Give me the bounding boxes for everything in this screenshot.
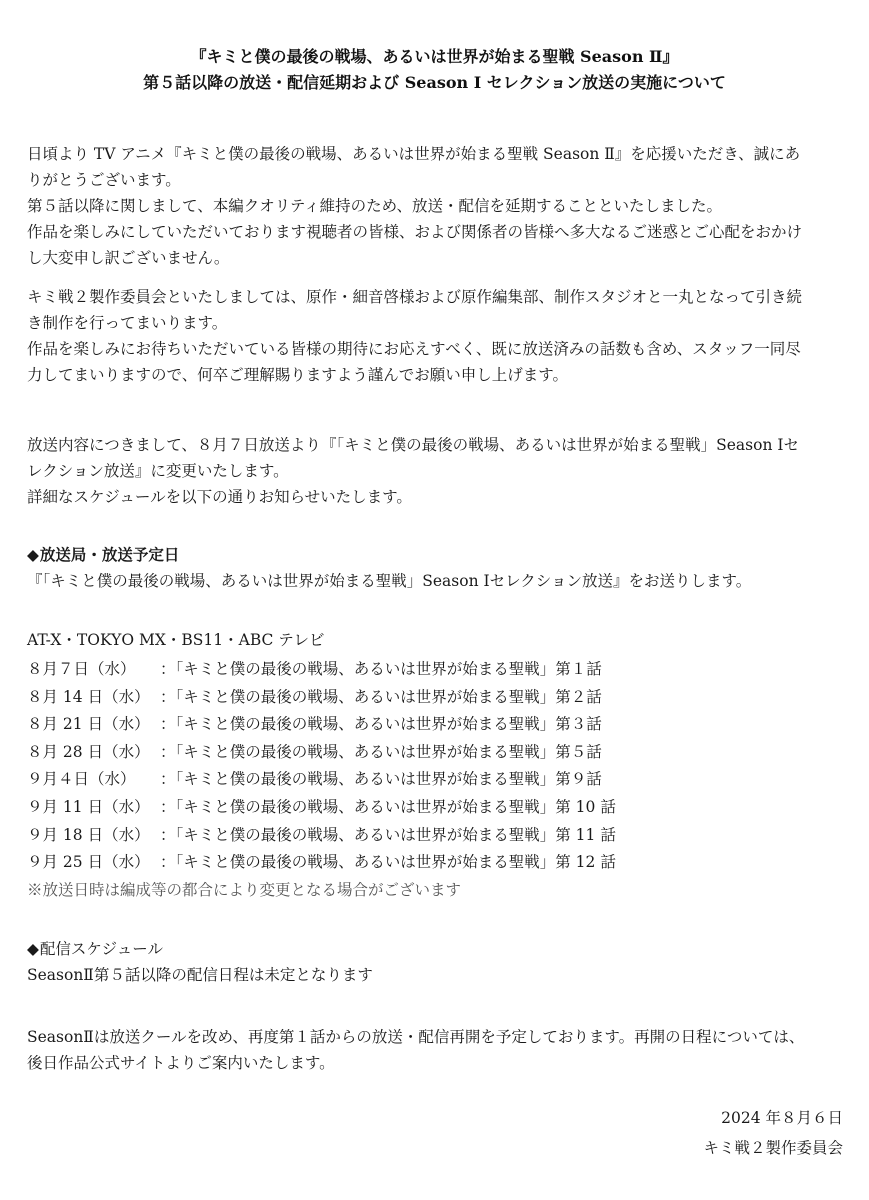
paragraph-line: 第５話以降に関しまして、本編クオリティ維持のため、放送・配信を延期することといた…	[27, 193, 842, 219]
schedule-program: ：「キミと僕の最後の戦場、あるいは世界が始まる聖戦」第 12 話	[160, 849, 842, 877]
schedule-row: ８月 14 日（水） ：「キミと僕の最後の戦場、あるいは世界が始まる聖戦」第２話	[27, 684, 842, 712]
paragraph-line: 力してまいりますので、何卒ご理解賜りますよう謹んでお願い申し上げます。	[27, 362, 842, 388]
paragraph-line: 日頃より TV アニメ『キミと僕の最後の戦場、あるいは世界が始まる聖戦 Seas…	[27, 141, 842, 167]
diamond-bullet-icon: ◆	[27, 542, 39, 568]
schedule-date: ９月４日（水）	[27, 766, 160, 794]
schedule-date: ８月 14 日（水）	[27, 684, 160, 712]
schedule-row: ８月７日（水） ：「キミと僕の最後の戦場、あるいは世界が始まる聖戦」第１話	[27, 656, 842, 684]
broadcast-schedule-list: ８月７日（水） ：「キミと僕の最後の戦場、あるいは世界が始まる聖戦」第１話 ８月…	[27, 656, 842, 904]
schedule-program: ：「キミと僕の最後の戦場、あるいは世界が始まる聖戦」第 10 話	[160, 794, 842, 822]
schedule-program: ：「キミと僕の最後の戦場、あるいは世界が始まる聖戦」第２話	[160, 684, 842, 712]
station-list: AT-X・TOKYO MX・BS11・ABC テレビ	[27, 627, 842, 653]
issue-date: 2024 年８月６日	[703, 1103, 843, 1133]
schedule-date: ９月 11 日（水）	[27, 794, 160, 822]
paragraph-line: し大変申し訳ございません。	[27, 245, 842, 271]
schedule-row: ８月 21 日（水） ：「キミと僕の最後の戦場、あるいは世界が始まる聖戦」第３話	[27, 711, 842, 739]
heading-text: 放送局・放送予定日	[40, 545, 180, 564]
paragraph-line: 詳細なスケジュールを以下の通りお知らせいたします。	[27, 484, 842, 510]
schedule-row: ９月 11 日（水） ：「キミと僕の最後の戦場、あるいは世界が始まる聖戦」第 1…	[27, 794, 842, 822]
streaming-section-heading: ◆配信スケジュール	[27, 936, 842, 962]
title-line-1: 『キミと僕の最後の戦場、あるいは世界が始まる聖戦 Season Ⅱ』	[27, 44, 842, 70]
broadcast-section-intro: 『「キミと僕の最後の戦場、あるいは世界が始まる聖戦」Season Ⅰセレクション…	[27, 568, 842, 594]
paragraph-line: 放送内容につきまして、８月７日放送より『「キミと僕の最後の戦場、あるいは世界が始…	[27, 432, 842, 458]
paragraph-line: 作品を楽しみにしていただいております視聴者の皆様、および関係者の皆様へ多大なるご…	[27, 219, 842, 245]
broadcast-section-heading: ◆放送局・放送予定日	[27, 542, 842, 568]
schedule-row: ９月 25 日（水） ：「キミと僕の最後の戦場、あるいは世界が始まる聖戦」第 1…	[27, 849, 842, 877]
paragraph-line: レクション放送』に変更いたします。	[27, 458, 842, 484]
schedule-date: ９月 18 日（水）	[27, 822, 160, 850]
streaming-status: SeasonⅡ第５話以降の配信日程は未定となります	[27, 962, 842, 988]
paragraph-line: 作品を楽しみにお待ちいただいている皆様の期待にお応えすべく、既に放送済みの話数も…	[27, 336, 842, 362]
schedule-note: ※放送日時は編成等の都合により変更となる場合がございます	[27, 877, 842, 904]
schedule-row: ８月 28 日（水） ：「キミと僕の最後の戦場、あるいは世界が始まる聖戦」第５話	[27, 739, 842, 767]
schedule-program: ：「キミと僕の最後の戦場、あるいは世界が始まる聖戦」第３話	[160, 711, 842, 739]
schedule-date: ８月 21 日（水）	[27, 711, 160, 739]
paragraph-line: キミ戦２製作委員会といたしましては、原作・細音啓様および原作編集部、制作スタジオ…	[27, 284, 842, 310]
intro-paragraph: 日頃より TV アニメ『キミと僕の最後の戦場、あるいは世界が始まる聖戦 Seas…	[27, 141, 842, 271]
streaming-section: ◆配信スケジュール SeasonⅡ第５話以降の配信日程は未定となります	[27, 936, 842, 988]
schedule-date: ８月 28 日（水）	[27, 739, 160, 767]
document-title: 『キミと僕の最後の戦場、あるいは世界が始まる聖戦 Season Ⅱ』 第５話以降…	[27, 44, 842, 96]
schedule-program: ：「キミと僕の最後の戦場、あるいは世界が始まる聖戦」第１話	[160, 656, 842, 684]
paragraph-line: 後日作品公式サイトよりご案内いたします。	[27, 1050, 842, 1076]
title-line-2: 第５話以降の放送・配信延期および Season Ⅰ セレクション放送の実施につい…	[27, 70, 842, 96]
schedule-program: ：「キミと僕の最後の戦場、あるいは世界が始まる聖戦」第９話	[160, 766, 842, 794]
broadcast-change-paragraph: 放送内容につきまして、８月７日放送より『「キミと僕の最後の戦場、あるいは世界が始…	[27, 432, 842, 510]
paragraph-line: SeasonⅡは放送クールを改め、再度第１話からの放送・配信再開を予定しておりま…	[27, 1024, 842, 1050]
schedule-program: ：「キミと僕の最後の戦場、あるいは世界が始まる聖戦」第 11 話	[160, 822, 842, 850]
diamond-bullet-icon: ◆	[27, 936, 39, 962]
signature-block: 2024 年８月６日 キミ戦２製作委員会	[703, 1103, 843, 1163]
paragraph-line: りがとうございます。	[27, 167, 842, 193]
heading-text: 配信スケジュール	[40, 940, 163, 958]
paragraph-line: き制作を行ってまいります。	[27, 310, 842, 336]
schedule-row: ９月４日（水） ：「キミと僕の最後の戦場、あるいは世界が始まる聖戦」第９話	[27, 766, 842, 794]
closing-paragraph: SeasonⅡは放送クールを改め、再度第１話からの放送・配信再開を予定しておりま…	[27, 1024, 842, 1076]
schedule-row: ９月 18 日（水） ：「キミと僕の最後の戦場、あるいは世界が始まる聖戦」第 1…	[27, 822, 842, 850]
schedule-program: ：「キミと僕の最後の戦場、あるいは世界が始まる聖戦」第５話	[160, 739, 842, 767]
broadcast-stations: AT-X・TOKYO MX・BS11・ABC テレビ	[27, 627, 842, 653]
issuer-name: キミ戦２製作委員会	[703, 1133, 843, 1163]
schedule-date: ９月 25 日（水）	[27, 849, 160, 877]
schedule-date: ８月７日（水）	[27, 656, 160, 684]
committee-paragraph: キミ戦２製作委員会といたしましては、原作・細音啓様および原作編集部、制作スタジオ…	[27, 284, 842, 388]
broadcast-section: ◆放送局・放送予定日 『「キミと僕の最後の戦場、あるいは世界が始まる聖戦」Sea…	[27, 542, 842, 594]
